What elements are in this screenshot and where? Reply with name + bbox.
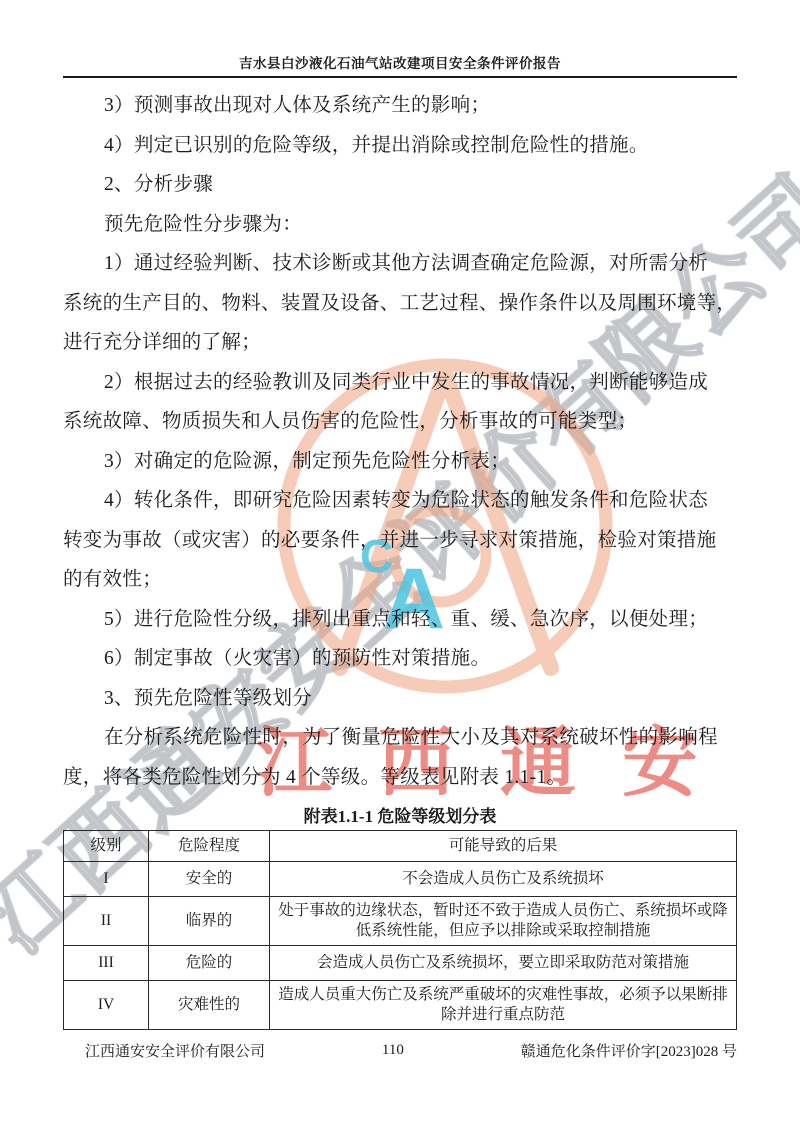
body-paragraph: 在分析系统危险性时，为了衡量危险性大小及其对系统破坏性的影响程 度，将各类危险性… [63,718,737,797]
cell-degree: 临界的 [149,897,270,946]
body-paragraph: 2）根据过去的经验教训及同类行业中发生的事故情况，判断能够造成 系统故障、物质损… [63,363,737,442]
column-header-consequence: 可能导致的后果 [270,831,737,862]
cell-consequence: 造成人员重大伤亡及系统严重破坏的灾难性事故，必须予以果断排除并进行重点防范 [270,981,737,1030]
cell-consequence: 处于事故的边缘状态，暂时还不致于造成人员伤亡、系统损坏或降低系统性能，但应予以排… [270,897,737,946]
footer-company-name: 江西通安安全评价有限公司 [63,1040,265,1061]
document-page: 江西通安安全评价有限公司 C A 江西通安 吉水县白沙液化石油气站改建项目安全条… [0,0,800,1131]
table-row: I 安全的 不会造成人员伤亡及系统损坏 [64,862,737,897]
report-title: 吉水县白沙液化石油气站改建项目安全条件评价报告 [239,56,561,71]
body-paragraph: 5）进行危险性分级，排列出重点和轻、重、缓、急次序，以便处理； [63,600,737,640]
body-paragraph: 3、预先危险性等级划分 [63,679,737,719]
body-paragraph: 4）判定已识别的危险等级，并提出消除或控制危险性的措施。 [63,126,737,166]
cell-consequence: 会造成人员伤亡及系统损坏，要立即采取防范对策措施 [270,946,737,981]
table-row: II 临界的 处于事故的边缘状态，暂时还不致于造成人员伤亡、系统损坏或降低系统性… [64,897,737,946]
page-footer: 江西通安安全评价有限公司 110 赣通危化条件评价字[2023]028 号 [63,1040,737,1061]
page-header: 吉水县白沙液化石油气站改建项目安全条件评价报告 [63,52,737,78]
document-body: 3）预测事故出现对人体及系统产生的影响； 4）判定已识别的危险等级，并提出消除或… [63,86,737,1030]
cell-degree: 危险的 [149,946,270,981]
table-row: III 危险的 会造成人员伤亡及系统损坏，要立即采取防范对策措施 [64,946,737,981]
table-header-row: 级别 危险程度 可能导致的后果 [64,831,737,862]
cell-level: IV [64,981,149,1030]
footer-document-number: 赣通危化条件评价字[2023]028 号 [521,1040,737,1061]
column-header-degree: 危险程度 [149,831,270,862]
body-paragraph: 预先危险性分步骤为： [63,205,737,245]
hazard-grade-table: 级别 危险程度 可能导致的后果 I 安全的 不会造成人员伤亡及系统损坏 II 临… [63,830,737,1030]
cell-level: III [64,946,149,981]
body-paragraph: 2、分析步骤 [63,165,737,205]
table-row: IV 灾难性的 造成人员重大伤亡及系统严重破坏的灾难性事故，必须予以果断排除并进… [64,981,737,1030]
table-caption: 附表1.1-1 危险等级划分表 [63,802,737,827]
cell-degree: 安全的 [149,862,270,897]
body-paragraph: 6）制定事故（火灾害）的预防性对策措施。 [63,639,737,679]
cell-consequence: 不会造成人员伤亡及系统损坏 [270,862,737,897]
cell-level: I [64,862,149,897]
page-number: 110 [382,1042,404,1059]
column-header-level: 级别 [64,831,149,862]
cell-degree: 灾难性的 [149,981,270,1030]
body-paragraph: 3）预测事故出现对人体及系统产生的影响； [63,86,737,126]
body-paragraph: 4）转化条件，即研究危险因素转变为危险状态的触发条件和危险状态 转变为事故（或灾… [63,481,737,600]
body-paragraph: 3）对确定的危险源，制定预先危险性分析表； [63,442,737,482]
cell-level: II [64,897,149,946]
body-paragraph: 1）通过经验判断、技术诊断或其他方法调查确定危险源，对所需分析 系统的生产目的、… [63,244,737,363]
